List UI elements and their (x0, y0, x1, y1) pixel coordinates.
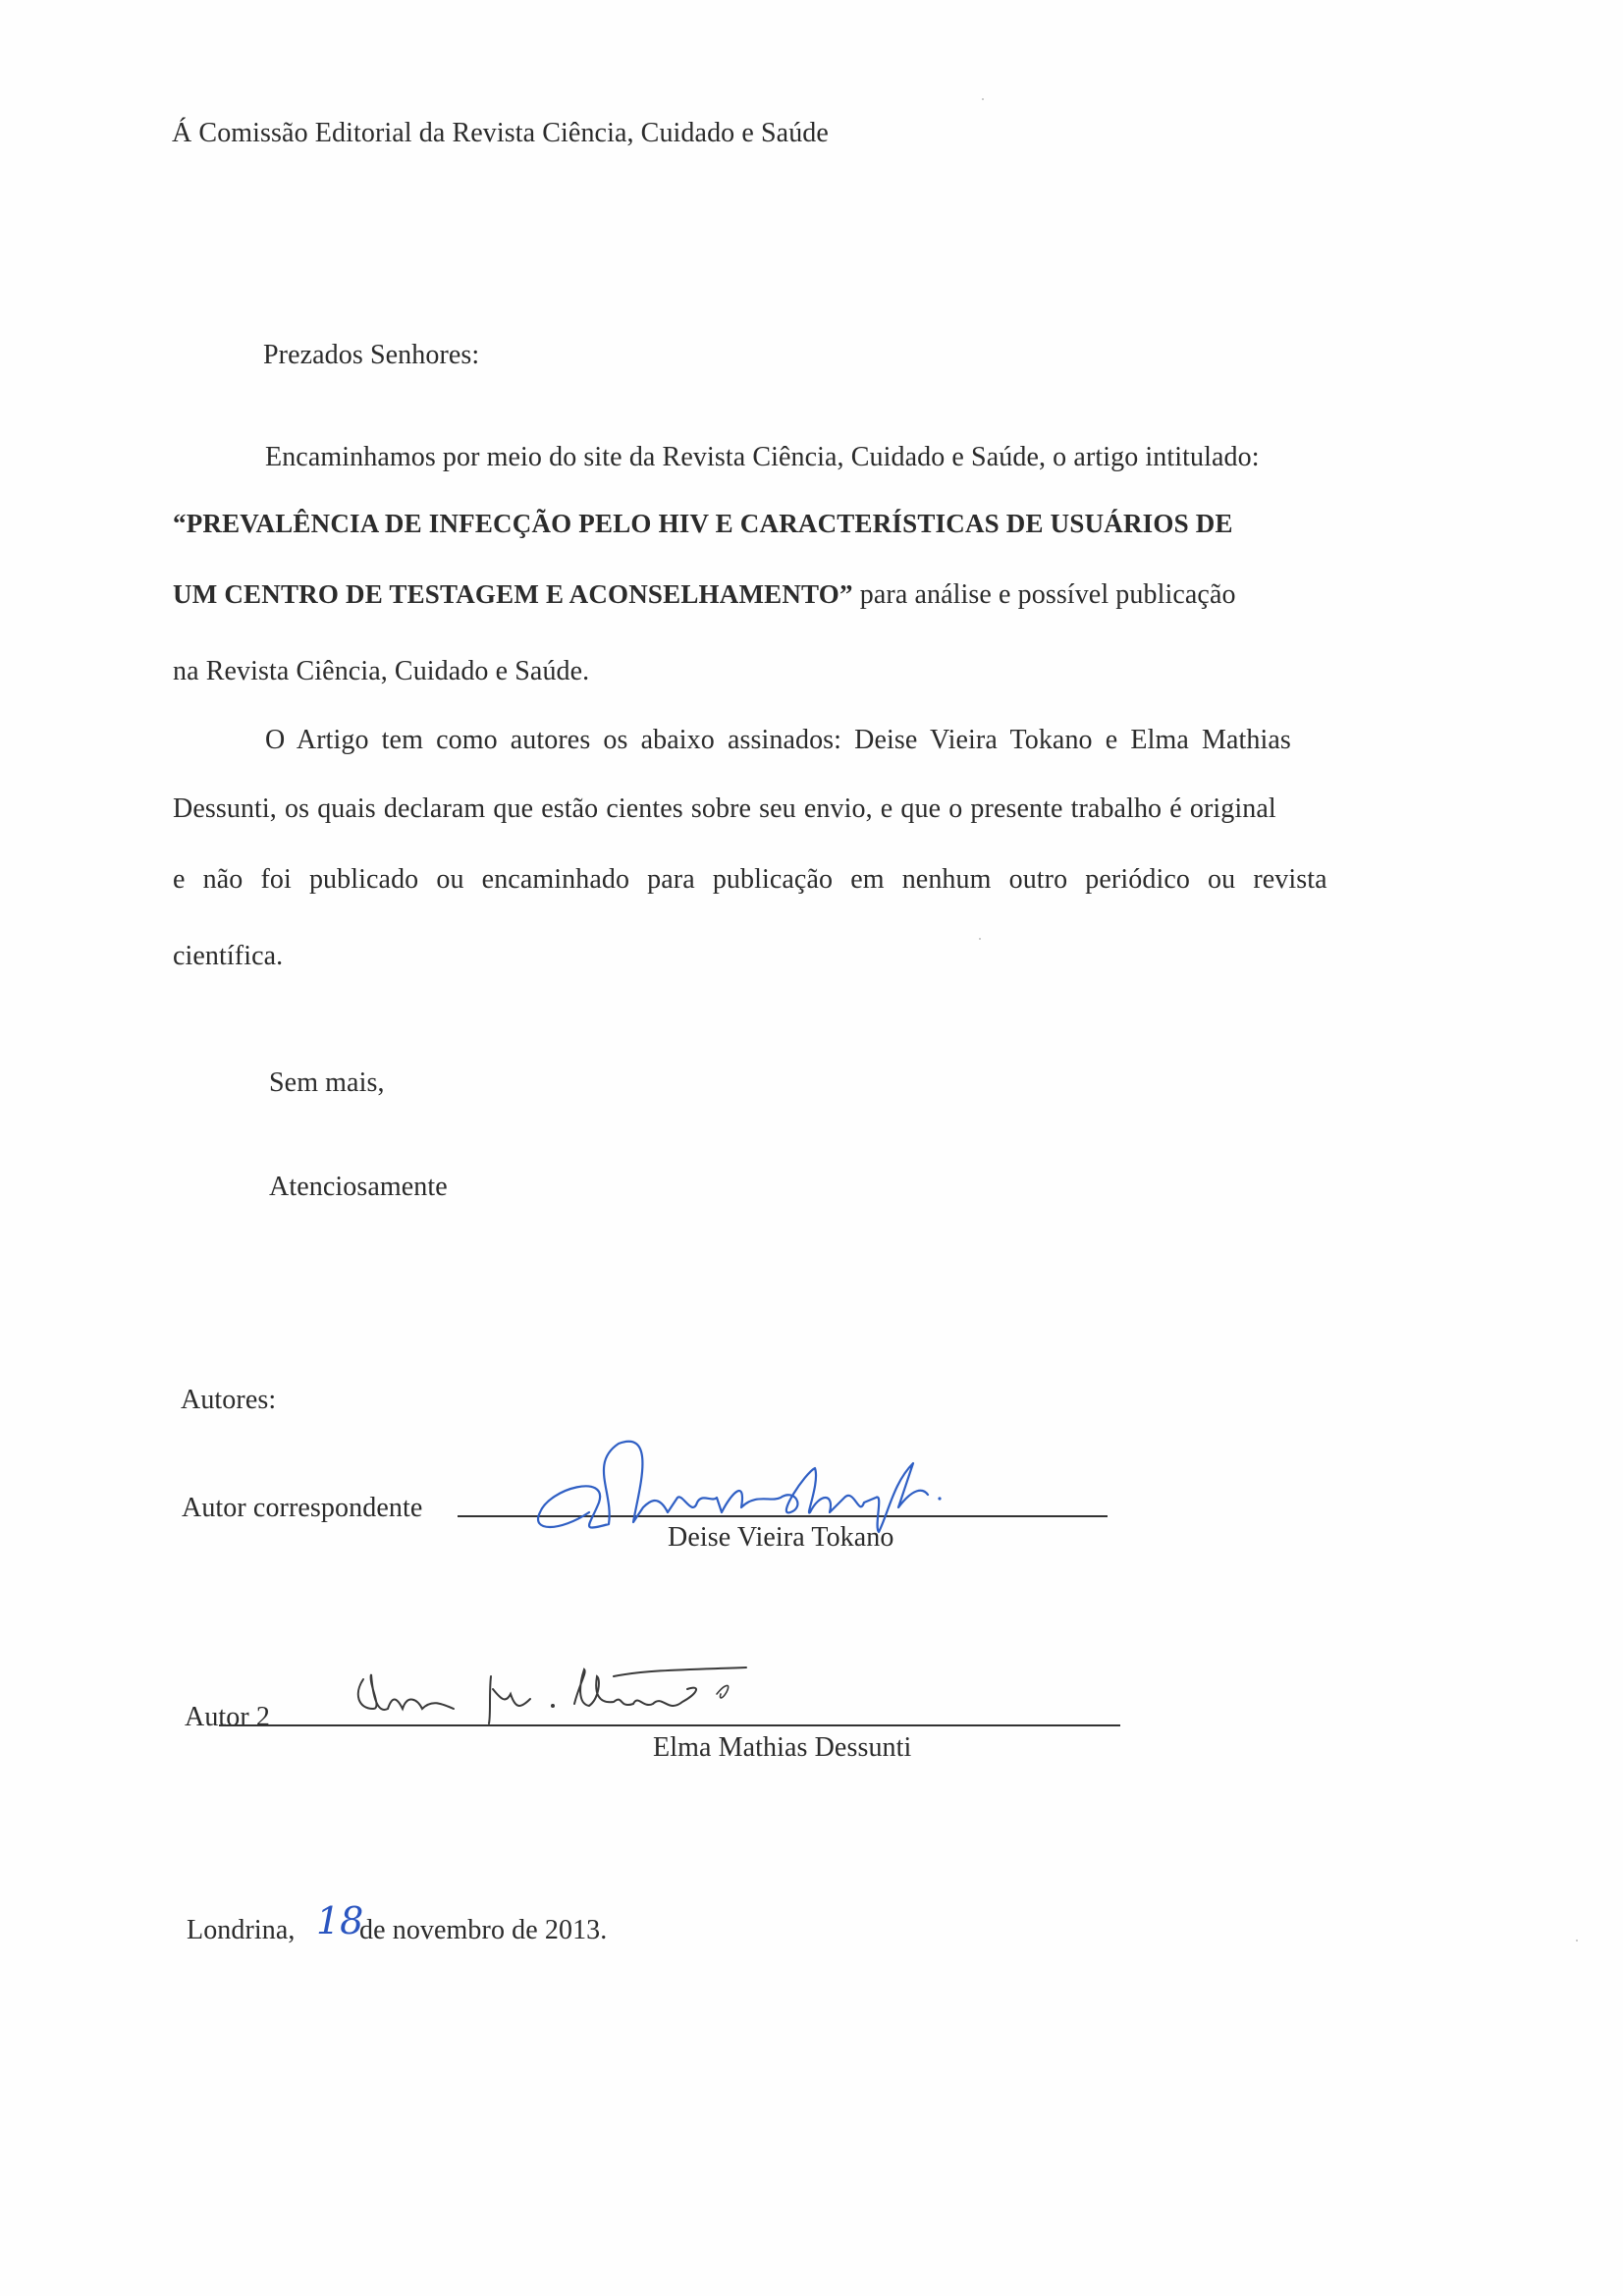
scan-speck (982, 98, 984, 100)
authors-label: Autores: (181, 1385, 276, 1416)
closing-sem-mais: Sem mais, (269, 1067, 385, 1099)
article-title-line1: “PREVALÊNCIA DE INFECÇÃO PELO HIV E CARA… (173, 509, 1233, 539)
scan-speck (1576, 1940, 1578, 1941)
scan-speck (979, 938, 981, 940)
signature1-printed-name: Deise Vieira Tokano (668, 1522, 894, 1554)
paragraph1-line3: UM CENTRO DE TESTAGEM E ACONSELHAMENTO” … (173, 579, 1236, 611)
date-day-handwritten: 18 (316, 1899, 363, 1942)
signature2-role-label: Autor 2 (185, 1702, 270, 1733)
paragraph1-line4: na Revista Ciência, Cuidado e Saúde. (173, 656, 589, 687)
paragraph2-line4: científica. (173, 941, 283, 972)
paragraph2-line1: O Artigo tem como autores os abaixo assi… (265, 725, 1291, 756)
paragraph2-line3: e não foi publicado ou encaminhado para … (173, 864, 1327, 896)
letter-page: Á Comissão Editorial da Revista Ciência,… (0, 0, 1623, 2296)
closing-atenciosamente: Atenciosamente (269, 1172, 448, 1203)
article-title-line2: UM CENTRO DE TESTAGEM E ACONSELHAMENTO” (173, 579, 853, 609)
signature1-role-label: Autor correspondente (182, 1493, 422, 1524)
signature2-handwriting (344, 1665, 756, 1733)
paragraph2-line2: Dessunti, os quais declaram que estão ci… (173, 793, 1276, 825)
date-city: Londrina, (187, 1915, 296, 1946)
signature2-printed-name: Elma Mathias Dessunti (653, 1732, 911, 1764)
addressee: Á Comissão Editorial da Revista Ciência,… (172, 118, 829, 149)
paragraph1-line3-rest: para análise e possível publicação (853, 579, 1236, 610)
paragraph1-line1: Encaminhamos por meio do site da Revista… (265, 442, 1404, 473)
salutation: Prezados Senhores: (263, 340, 479, 371)
date-rest: de novembro de 2013. (359, 1915, 607, 1946)
